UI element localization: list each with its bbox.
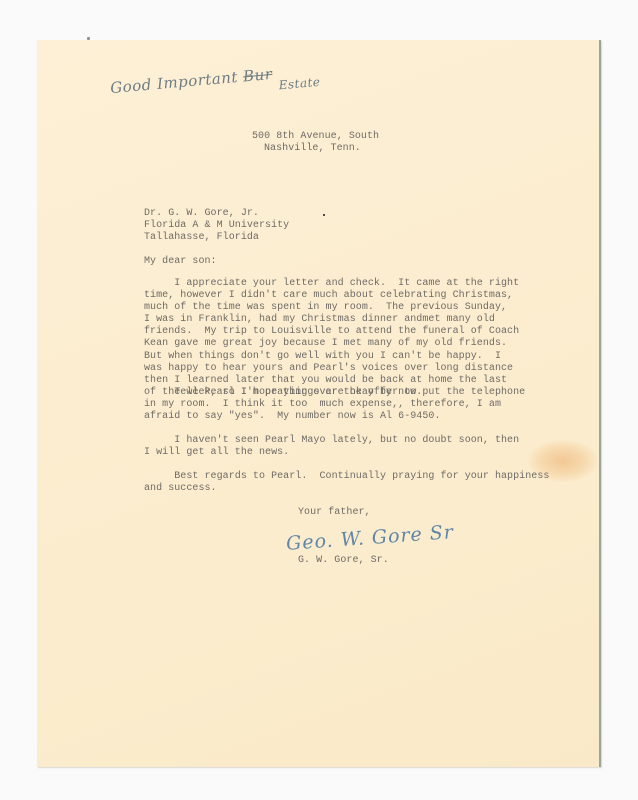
sender-address: 500 8th Avenue, SouthNashville, Tenn.	[252, 131, 379, 155]
body-line: and success.	[144, 483, 549, 495]
body-line: I was in Franklin, had my Christmas dinn…	[144, 314, 519, 326]
closing: Your father,	[298, 507, 371, 519]
address-line-2: Nashville, Tenn.	[252, 143, 379, 155]
body-paragraph-4: Best regards to Pearl. Continually prayi…	[144, 471, 549, 495]
stray-mark	[323, 214, 325, 216]
recipient-institution: Florida A & M University	[144, 220, 289, 232]
body-line: Kean gave me great joy because I met man…	[144, 338, 519, 350]
body-line: I haven't seen Pearl Mayo lately, but no…	[144, 435, 519, 447]
scanned-page: Good Important Bur Estate 500 8th Avenue…	[0, 0, 638, 800]
body-line: then I learned later that you would be b…	[144, 375, 519, 387]
body-line: afraid to say "yes". My number now is Al…	[144, 411, 525, 423]
body-line: in my room. I think it too much expense,…	[144, 399, 525, 411]
body-line: much of the time was spent in my room. T…	[144, 302, 519, 314]
paper-right-edge	[599, 40, 601, 767]
salutation: My dear son:	[144, 256, 217, 268]
typed-signature-name: G. W. Gore, Sr.	[298, 555, 389, 567]
recipient-city: Tallahasse, Florida	[144, 232, 289, 244]
body-line: Tell Pearl I'm praying over the offer to…	[144, 387, 525, 399]
recipient-block: Dr. G. W. Gore, Jr.Florida A & M Univers…	[144, 208, 289, 244]
body-line: I appreciate your letter and check. It c…	[144, 278, 519, 290]
body-line: friends. My trip to Louisville to attend…	[144, 326, 519, 338]
body-line: But when things don't go well with you I…	[144, 351, 519, 363]
annotation-struck-word: Bur	[242, 65, 273, 85]
body-line: time, however I didn't care much about c…	[144, 290, 519, 302]
body-paragraph-1: I appreciate your letter and check. It c…	[144, 278, 519, 399]
body-paragraph-3: I haven't seen Pearl Mayo lately, but no…	[144, 435, 519, 459]
body-line: I will get all the news.	[144, 447, 519, 459]
recipient-name: Dr. G. W. Gore, Jr.	[144, 208, 289, 220]
body-line: Best regards to Pearl. Continually prayi…	[144, 471, 549, 483]
address-line-1: 500 8th Avenue, South	[252, 131, 379, 143]
body-line: was happy to hear yours and Pearl's voic…	[144, 363, 519, 375]
body-paragraph-2: Tell Pearl I'm praying over the offer to…	[144, 387, 525, 423]
